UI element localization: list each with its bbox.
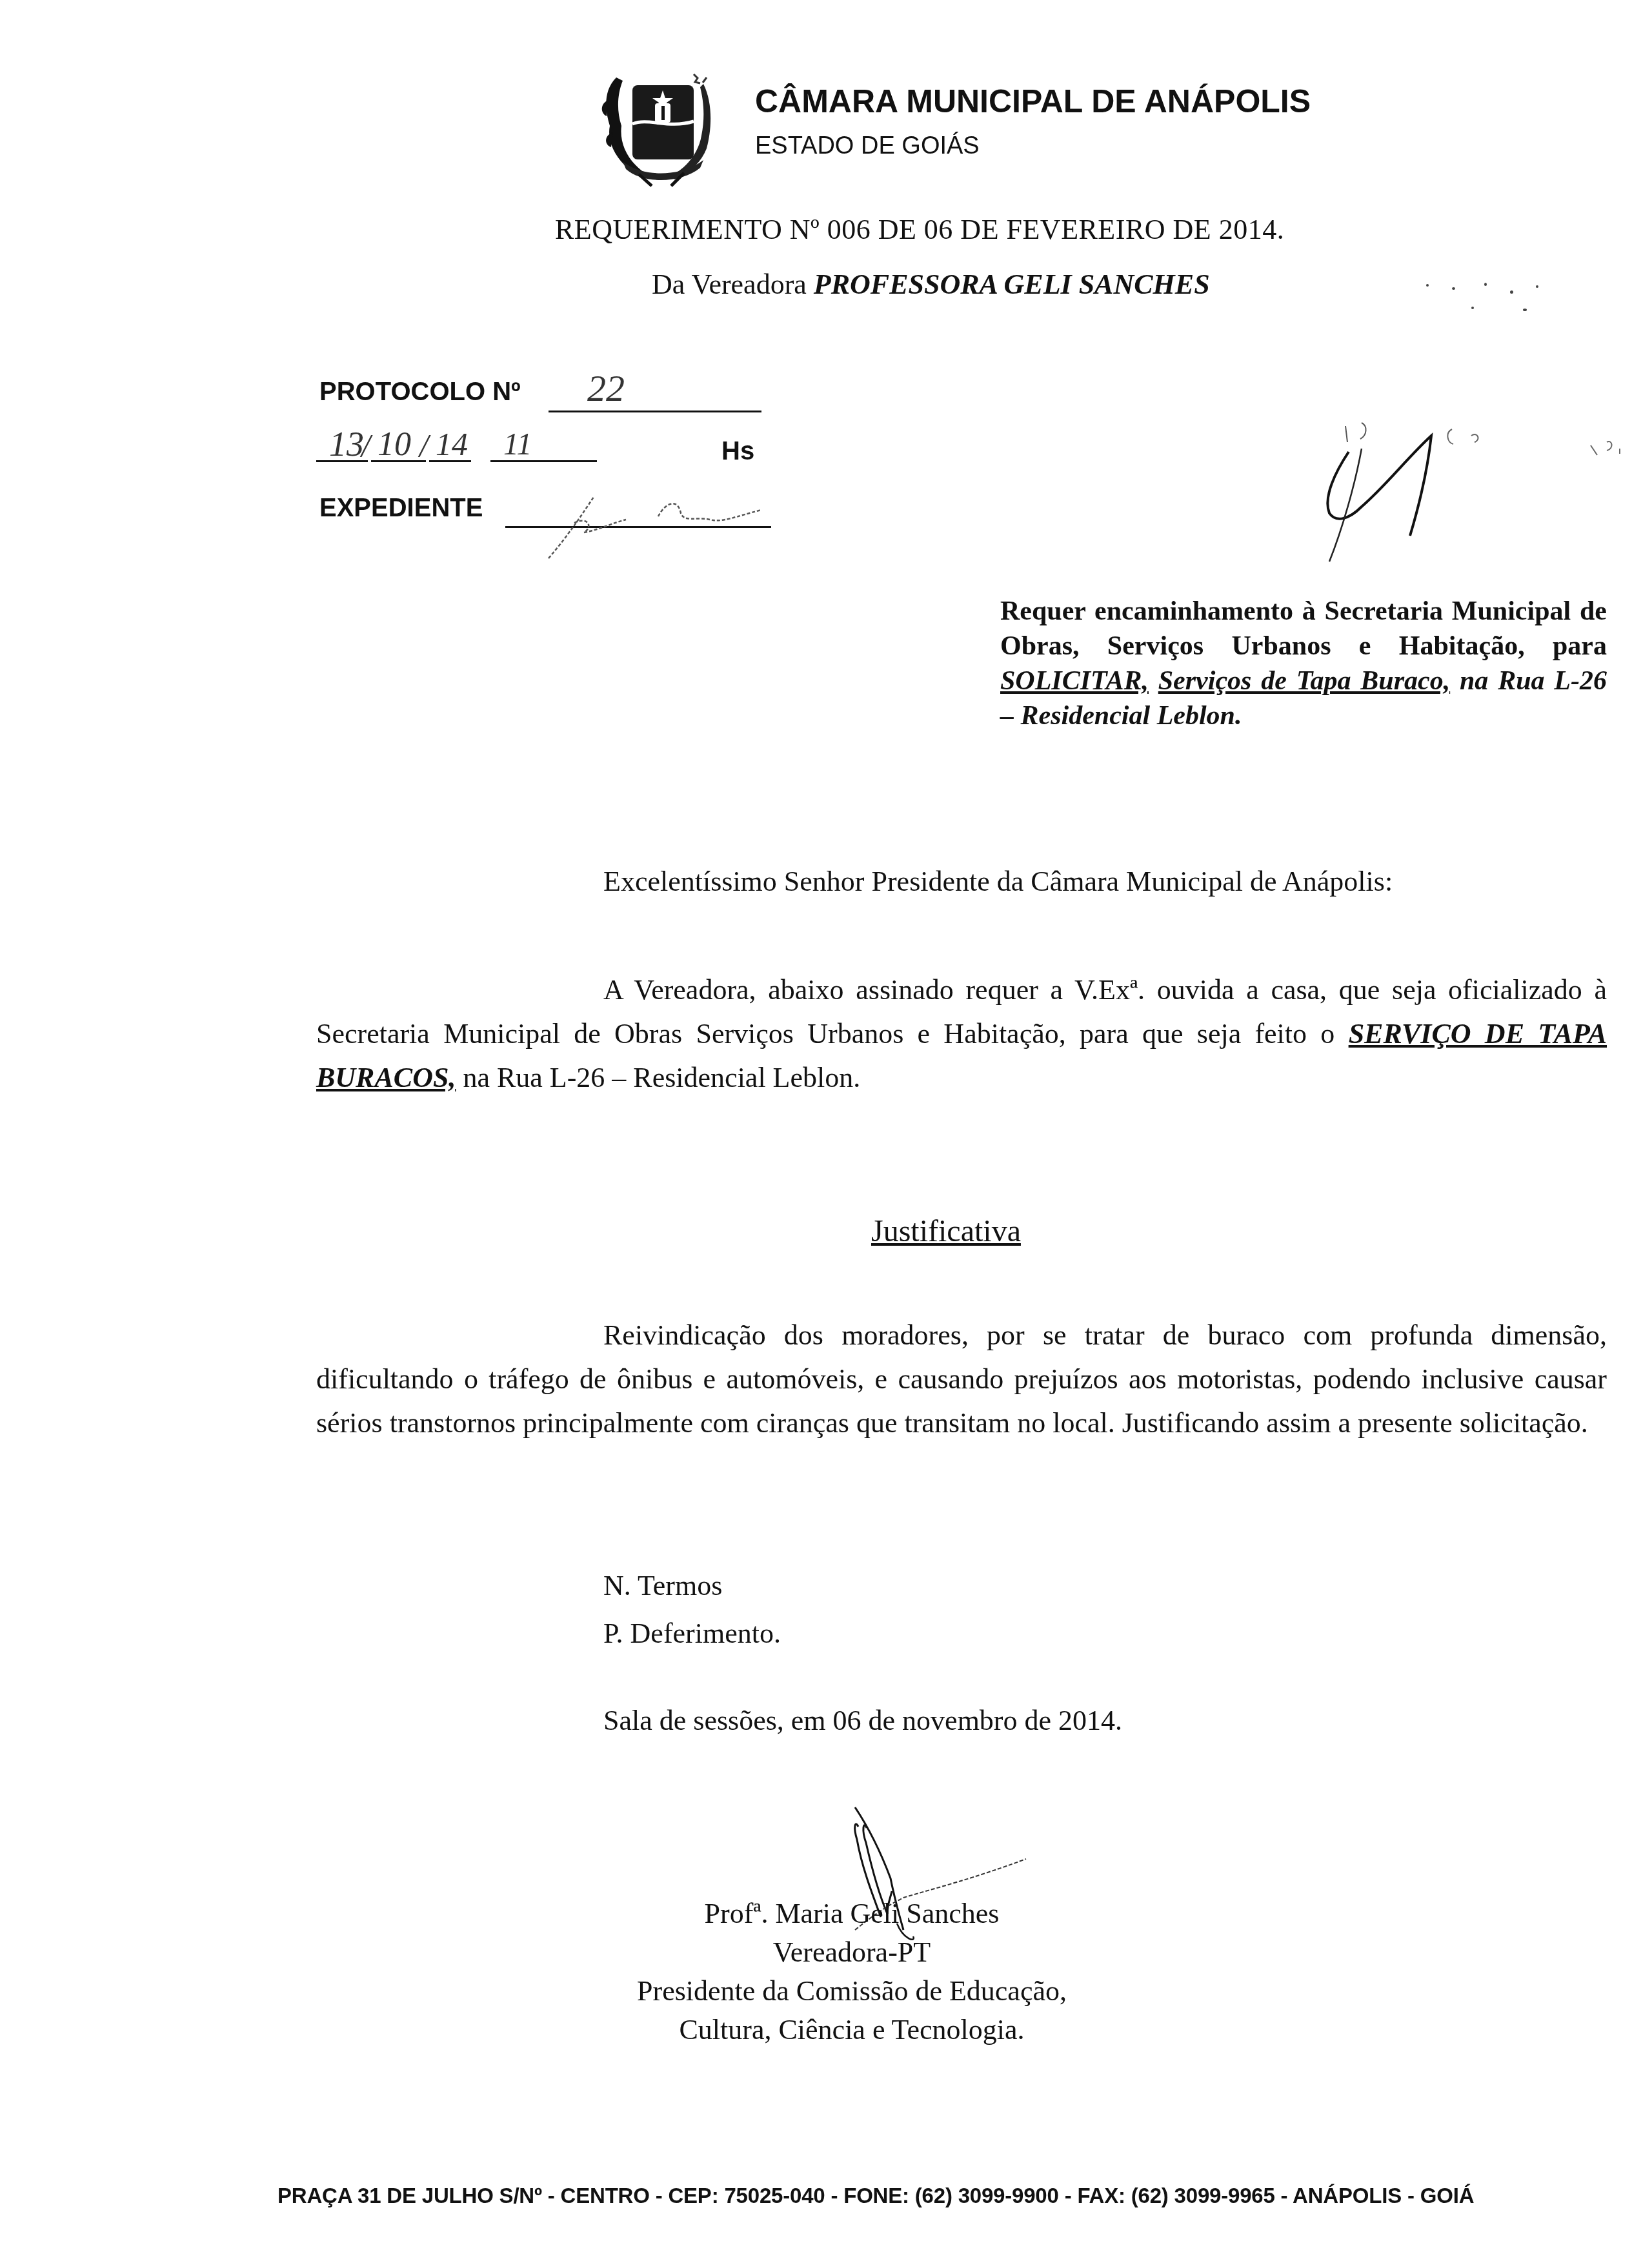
author-prefix: Da Vereadora bbox=[652, 269, 814, 300]
summary-services: Serviços de Tapa Buraco, bbox=[1158, 666, 1450, 696]
time-handwritten: 11 bbox=[503, 427, 532, 462]
date-year-handwritten: 14 bbox=[436, 425, 468, 463]
hours-label: Hs bbox=[721, 437, 754, 466]
protocol-date-row: 13 / 10 / 14 11 bbox=[316, 429, 781, 468]
municipal-coat-of-arms-icon bbox=[597, 65, 726, 187]
request-summary: Requer encaminhamento à Secretaria Munic… bbox=[1000, 594, 1607, 733]
request-title: REQUERIMENTO Nº 006 DE 06 DE FEVEREIRO D… bbox=[555, 213, 1284, 246]
signer-role: Vereadora-PT bbox=[594, 1933, 1110, 1972]
closing-formula: N. Termos P. Deferimento. bbox=[603, 1562, 781, 1658]
summary-solicitar: SOLICITAR, bbox=[1000, 666, 1149, 696]
author-name: PROFESSORA GELI SANCHES bbox=[814, 269, 1210, 300]
date-slash: / bbox=[419, 427, 428, 464]
footer-address: PRAÇA 31 DE JULHO S/Nº - CENTRO - CEP: 7… bbox=[277, 2184, 1474, 2208]
protocol-number-field bbox=[549, 411, 761, 412]
expediente-rubric-icon bbox=[529, 478, 774, 562]
organization-state: ESTADO DE GOIÁS bbox=[755, 132, 980, 160]
signer-title-2: Cultura, Ciência e Tecnologia. bbox=[594, 2011, 1110, 2049]
justification-paragraph: Reivindicação dos moradores, por se trat… bbox=[316, 1314, 1607, 1445]
faint-stamp-marks bbox=[1413, 278, 1581, 316]
date-month-handwritten: 10 bbox=[378, 425, 411, 463]
request-paragraph-location: na Rua L-26 – Residencial Leblon. bbox=[456, 1062, 860, 1093]
place-and-date: Sala de sessões, em 06 de novembro de 20… bbox=[603, 1704, 1122, 1737]
summary-text: Requer encaminhamento à Secretaria Munic… bbox=[1000, 596, 1607, 661]
protocol-number-handwritten: 22 bbox=[587, 367, 625, 410]
closing-terms: N. Termos bbox=[603, 1562, 781, 1610]
closing-request: P. Deferimento. bbox=[603, 1610, 781, 1658]
request-paragraph: A Vereadora, abaixo assinado requer a V.… bbox=[316, 968, 1607, 1100]
date-day-handwritten: 13 bbox=[329, 424, 364, 464]
organization-name: CÂMARA MUNICIPAL DE ANÁPOLIS bbox=[755, 83, 1311, 120]
signature-block: Profª. Maria Geli Sanches Vereadora-PT P… bbox=[594, 1894, 1110, 2049]
request-author: Da Vereadora PROFESSORA GELI SANCHES bbox=[652, 268, 1210, 301]
signer-title-1: Presidente da Comissão de Educação, bbox=[594, 1972, 1110, 2011]
protocol-number-label: PROTOCOLO Nº bbox=[319, 378, 521, 407]
expediente-label: EXPEDIENTE bbox=[319, 494, 483, 523]
signer-name: Profª. Maria Geli Sanches bbox=[594, 1894, 1110, 1933]
date-slash: / bbox=[361, 427, 370, 464]
justification-heading: Justificativa bbox=[871, 1213, 1021, 1249]
handwritten-rubric-icon bbox=[1258, 400, 1646, 568]
salutation: Excelentíssimo Senhor Presidente da Câma… bbox=[603, 865, 1393, 898]
